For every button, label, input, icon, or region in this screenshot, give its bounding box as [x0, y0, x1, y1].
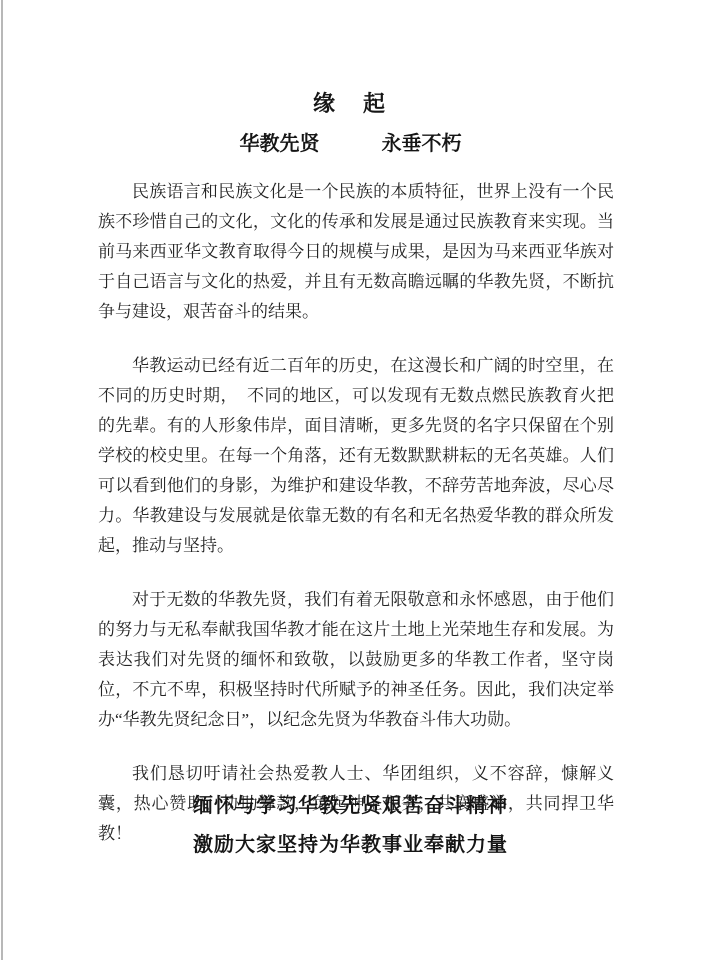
paragraph-1: 民族语言和民族文化是一个民族的本质特征，世界上没有一个民族不珍惜自己的文化，文化…	[98, 177, 614, 327]
slogan-line-2: 激励大家坚持为华教事业奉献力量	[0, 834, 701, 856]
page-subtitle: 华教先贤 永垂不朽	[0, 127, 701, 156]
subtitle-right: 永垂不朽	[382, 127, 462, 156]
document-body: 民族语言和民族文化是一个民族的本质特征，世界上没有一个民族不珍惜自己的文化，文化…	[98, 177, 614, 873]
subtitle-left: 华教先贤	[240, 127, 320, 156]
page-title: 缘 起	[0, 87, 701, 118]
paragraph-2: 华教运动已经有近二百年的历史，在这漫长和广阔的时空里，在不同的历史时期， 不同的…	[98, 351, 614, 561]
closing-slogans: 缅怀与学习华教先贤艰苦奋斗精神 激励大家坚持为华教事业奉献力量	[0, 795, 701, 873]
paragraph-3: 对于无数的华教先贤，我们有着无限敬意和永怀感恩，由于他们的努力与无私奉献我国华教…	[98, 585, 614, 735]
slogan-line-1: 缅怀与学习华教先贤艰苦奋斗精神	[0, 795, 701, 817]
